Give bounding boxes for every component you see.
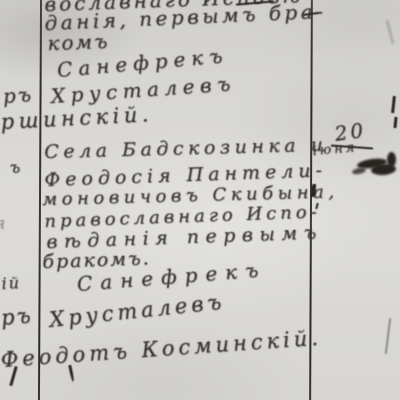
handwriting-line-3: комъ bbox=[47, 29, 110, 55]
edge-ink-dash bbox=[391, 96, 396, 113]
register-scan-page: вославнаго Исповѣ данія, первымъ бра- ко… bbox=[0, 0, 400, 400]
left-margin-fragment-4: ій bbox=[1, 273, 21, 293]
small-ink-mark bbox=[311, 184, 316, 197]
handwriting-line-6: ршинскій. bbox=[0, 102, 153, 134]
handwriting-line-14: Хрусталевъ bbox=[48, 290, 226, 332]
left-margin-fragment-3: я bbox=[0, 213, 6, 233]
left-margin-fragment-1: ръ bbox=[2, 82, 34, 108]
ink-blotch bbox=[387, 152, 396, 167]
left-margin-fragment-2: ъ bbox=[9, 157, 21, 177]
ink-blotch bbox=[352, 167, 367, 176]
faint-edge-stroke bbox=[385, 318, 391, 354]
handwriting-line-15: Феодотъ Косминскій. bbox=[0, 326, 323, 372]
pen-flourish-stroke bbox=[68, 365, 74, 382]
edge-ink-dash bbox=[393, 117, 397, 128]
margin-date-month: іюня bbox=[312, 140, 358, 159]
left-margin-fragment-5: ръ bbox=[0, 303, 33, 330]
faint-edge-stroke bbox=[386, 20, 394, 44]
handwriting-line-7: Села Бадскозинка и bbox=[44, 134, 328, 163]
